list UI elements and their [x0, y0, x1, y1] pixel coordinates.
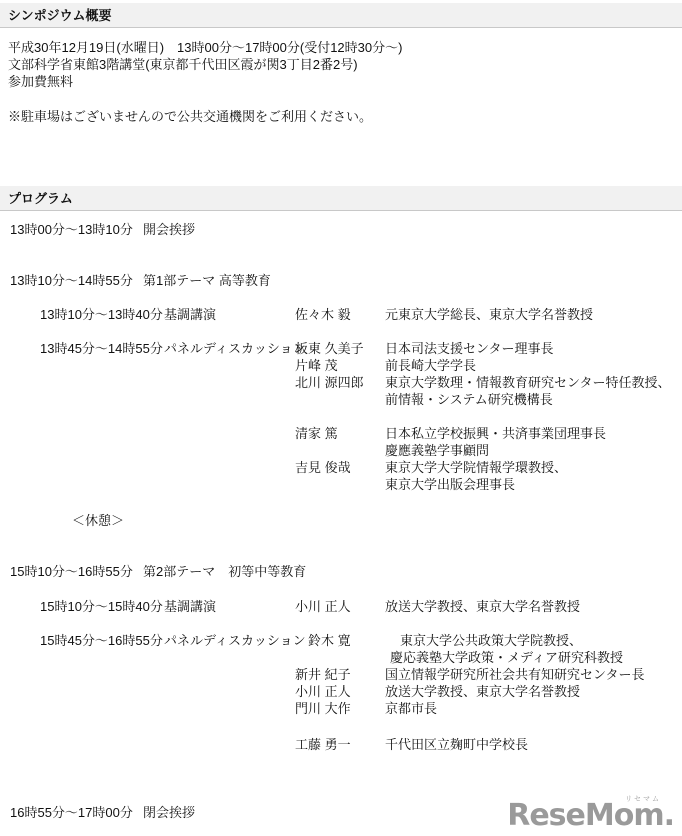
part2-panel-label: パネルディスカッション [164, 632, 306, 649]
resemom-logo: リセマム ReseMom. [507, 801, 674, 833]
break-label: ＜休憩＞ [72, 512, 124, 529]
opening-label: 開会挨拶 [143, 221, 195, 238]
program-row-part2-keynote: 15時10分～15時40分 基調講演 小川 正人 放送大学教授、東京大学名誉教授 [0, 598, 682, 615]
part2-keynote-time: 15時10分～15時40分 [40, 598, 163, 615]
panel2-speaker-title2-row: 慶応義塾大学政策・メディア研究科教授 [0, 649, 682, 666]
panel1-speaker-title: 東京大学出版会理事長 [385, 476, 515, 493]
panel1-speaker-title: 日本司法支援センター理事長 [385, 340, 553, 357]
panel1-speaker-title: 東京大学数理・情報教育研究センター特任教授、 [385, 374, 670, 391]
panel1-speaker-title2-row: 前情報・システム研究機構長 [0, 391, 682, 408]
panel2-speaker-row: 新井 紀子 国立情報学研究所社会共有知研究センター長 [0, 666, 682, 683]
part1-time: 13時10分～14時55分 [10, 272, 133, 289]
part1-panel-time: 13時45分～14時55分 [40, 340, 163, 357]
panel1-speaker-name: 片峰 茂 [295, 357, 338, 374]
overview-line-venue: 文部科学省東館3階講堂(東京都千代田区霞が関3丁目2番2号) [0, 56, 682, 73]
part2-keynote-speaker-title: 放送大学教授、東京大学名誉教授 [385, 598, 580, 615]
panel2-speaker-title: 国立情報学研究所社会共有知研究センター長 [385, 666, 644, 683]
program-row-part2-panel: 15時45分～16時55分 パネルディスカッション 鈴木 寛 東京大学公共政策大… [0, 632, 682, 649]
part1-label: 第1部テーマ 高等教育 [143, 272, 271, 289]
part1-keynote-time: 13時10分～13時40分 [40, 306, 163, 323]
panel2-speaker-name: 門川 大作 [295, 700, 351, 717]
part1-panel-label: パネルディスカッション [164, 340, 306, 357]
panel2-speaker-title: 放送大学教授、東京大学名誉教授 [385, 683, 580, 700]
symposium-page: シンポジウム概要 平成30年12月19日(水曜日) 13時00分～17時00分(… [0, 0, 682, 836]
program-section-header: プログラム [0, 186, 682, 211]
panel2-speaker-title: 慶応義塾大学政策・メディア研究科教授 [390, 649, 623, 666]
panel1-speaker-name: 板東 久美子 [295, 340, 364, 357]
part2-keynote-speaker-name: 小川 正人 [295, 598, 351, 615]
panel1-speaker-name: 清家 篤 [295, 425, 338, 442]
closing-time: 16時55分～17時00分 [10, 804, 133, 821]
overview-venue-text: 文部科学省東館3階講堂(東京都千代田区霞が関3丁目2番2号) [8, 56, 358, 73]
panel2-speaker-name: 小川 正人 [295, 683, 351, 700]
program-row-opening: 13時00分～13時10分 開会挨拶 [0, 221, 682, 238]
panel1-speaker-row: 片峰 茂 前長崎大学学長 [0, 357, 682, 374]
part2-label: 第2部テーマ 初等中等教育 [143, 563, 306, 580]
part2-keynote-label: 基調講演 [164, 598, 216, 615]
panel1-speaker-row: 北川 源四郎 東京大学数理・情報教育研究センター特任教授、 [0, 374, 682, 391]
overview-line-datetime: 平成30年12月19日(水曜日) 13時00分～17時00分(受付12時30分～… [0, 39, 682, 56]
panel2-speaker-row: 工藤 勇一 千代田区立麹町中学校長 [0, 736, 682, 753]
panel1-speaker-name: 北川 源四郎 [295, 374, 364, 391]
panel1-speaker-title: 前情報・システム研究機構長 [385, 391, 553, 408]
program-row-break: ＜休憩＞ [0, 512, 682, 529]
overview-line-fee: 参加費無料 [0, 73, 682, 90]
part1-keynote-speaker-name: 佐々木 毅 [295, 306, 351, 323]
panel2-speaker-title: 京都市長 [385, 700, 437, 717]
panel2-speaker-row: 小川 正人 放送大学教授、東京大学名誉教授 [0, 683, 682, 700]
program-row-part1-heading: 13時10分～14時55分 第1部テーマ 高等教育 [0, 272, 682, 289]
panel2-speaker-name: 新井 紀子 [295, 666, 351, 683]
closing-label: 閉会挨拶 [143, 804, 195, 821]
program-row-part1-keynote: 13時10分～13時40分 基調講演 佐々木 毅 元東京大学総長、東京大学名誉教… [0, 306, 682, 323]
program-row-part2-heading: 15時10分～16時55分 第2部テーマ 初等中等教育 [0, 563, 682, 580]
overview-section-header: シンポジウム概要 [0, 3, 682, 28]
panel1-speaker-title2-row: 慶應義塾学事顧問 [0, 442, 682, 459]
panel1-speaker-row: 吉見 俊哉 東京大学大学院情報学環教授、 [0, 459, 682, 476]
panel1-speaker-title: 慶應義塾学事顧問 [385, 442, 489, 459]
opening-time: 13時00分～13時10分 [10, 221, 133, 238]
resemom-logo-text: ReseMom. [507, 798, 674, 833]
panel2-speaker-title: 東京大学公共政策大学院教授、 [400, 632, 582, 649]
overview-datetime-text: 平成30年12月19日(水曜日) 13時00分～17時00分(受付12時30分～… [8, 39, 402, 56]
panel1-speaker-name: 吉見 俊哉 [295, 459, 351, 476]
part2-panel-time: 15時45分～16時55分 [40, 632, 163, 649]
program-header-label: プログラム [8, 191, 73, 206]
panel1-speaker-title2-row: 東京大学出版会理事長 [0, 476, 682, 493]
program-row-part1-panel: 13時45分～14時55分 パネルディスカッション 板東 久美子 日本司法支援セ… [0, 340, 682, 357]
panel1-speaker-row: 清家 篤 日本私立学校振興・共済事業団理事長 [0, 425, 682, 442]
panel2-speaker-row: 門川 大作 京都市長 [0, 700, 682, 717]
part2-time: 15時10分～16時55分 [10, 563, 133, 580]
panel1-speaker-title: 東京大学大学院情報学環教授、 [385, 459, 567, 476]
part1-keynote-label: 基調講演 [164, 306, 216, 323]
panel2-speaker-name: 鈴木 寛 [308, 632, 351, 649]
overview-header-label: シンポジウム概要 [8, 8, 112, 23]
resemom-logo-ruby: リセマム [625, 796, 661, 803]
panel2-speaker-name: 工藤 勇一 [295, 736, 351, 753]
panel1-speaker-title: 前長崎大学学長 [385, 357, 476, 374]
overview-note-text: ※駐車場はございませんので公共交通機関をご利用ください。 [8, 108, 372, 125]
panel2-speaker-title: 千代田区立麹町中学校長 [385, 736, 528, 753]
overview-parking-note: ※駐車場はございませんので公共交通機関をご利用ください。 [0, 108, 682, 125]
overview-fee-text: 参加費無料 [8, 73, 73, 90]
part1-keynote-speaker-title: 元東京大学総長、東京大学名誉教授 [385, 306, 593, 323]
panel1-speaker-title: 日本私立学校振興・共済事業団理事長 [385, 425, 606, 442]
